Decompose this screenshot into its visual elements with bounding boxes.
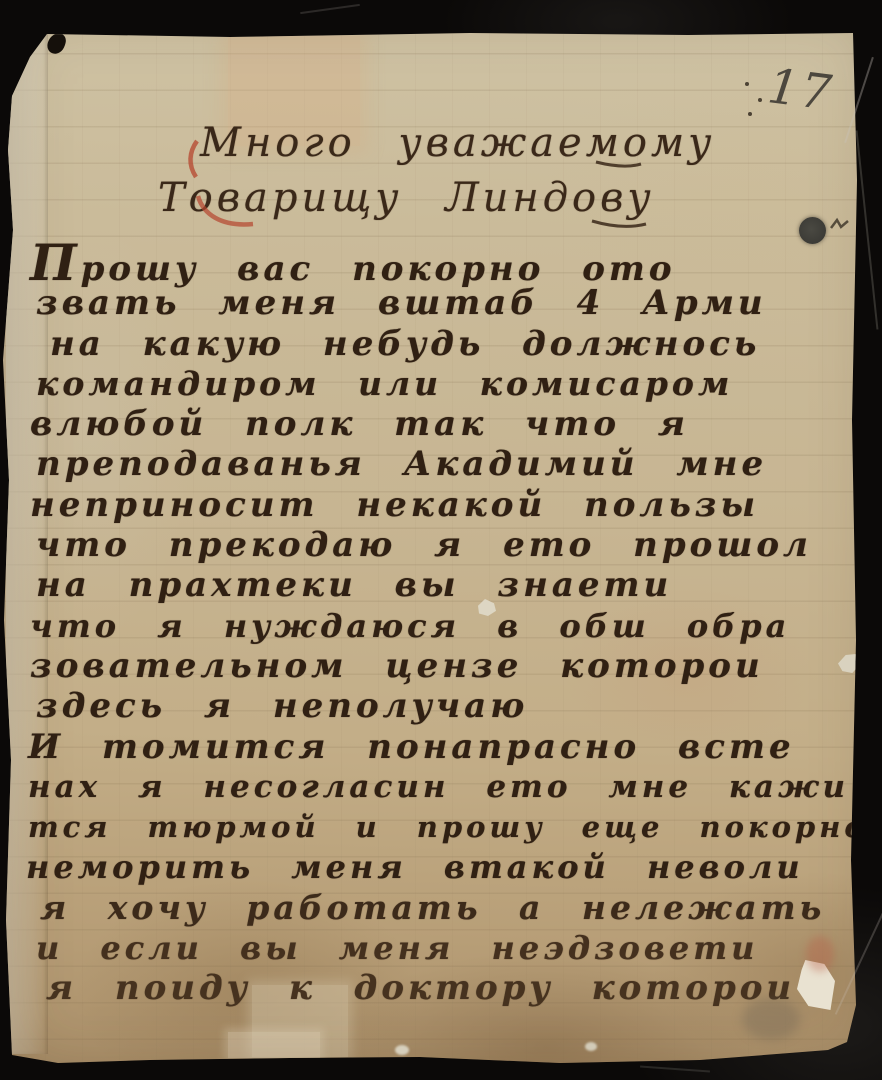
letter-line: зовательном цензе которои (26, 646, 850, 686)
letter-line: неприносит некакой пользы (26, 485, 850, 525)
letter-line: я поиду к доктору которои (26, 968, 850, 1008)
letter-line: нах я несогласин ето мне кажи (26, 767, 850, 807)
letter-body: Прошу вас покорно ото звать меня вштаб 4… (26, 243, 850, 1009)
gray-smudge (742, 998, 800, 1040)
letter-line: влюбой полк так что я (26, 404, 850, 444)
letter-line: на прахтеки вы знаети (26, 565, 850, 605)
backdrop-scratch (856, 130, 878, 329)
letter-line: что я нуждаюся в обш обра (26, 606, 850, 646)
punch-hole (799, 217, 826, 244)
photo-background: 17 Много уважаемому Товарищу Линдову Про… (0, 0, 882, 1080)
backdrop-scratch (640, 1066, 710, 1073)
salutation: Много уважаемому Товарищу Линдову (148, 116, 715, 226)
letter-line: звать меня вштаб 4 Арми (26, 283, 850, 323)
backdrop-scratch (300, 4, 360, 14)
red-smudge (806, 936, 834, 972)
salutation-line: Много уважаемому (148, 116, 715, 171)
paper-fleck (395, 1045, 409, 1055)
ink-dot (748, 112, 752, 116)
letter-line: командиром или комисаром (26, 364, 850, 404)
letter-line: Прошу вас покорно ото (26, 243, 850, 283)
letter-line: преподаванья Акадимий мне (26, 444, 850, 484)
letter-page: 17 Много уважаемому Товарищу Линдову Про… (0, 0, 882, 1080)
letter-line: неморить меня втакой неволи (26, 847, 850, 887)
ink-dot (745, 82, 749, 86)
letter-line: я хочу работать а нележать (26, 888, 850, 928)
salutation-line: Товарищу Линдову (148, 171, 715, 226)
letter-line: что прекодаю я ето прошол (26, 525, 850, 565)
letter-line: И томится понапрасно всте (26, 727, 850, 767)
ink-dot (758, 98, 762, 102)
letter-line: и если вы меня неэдзовети (26, 928, 850, 968)
paper-fleck (585, 1042, 597, 1051)
letter-line: на какую небудь должнось (26, 324, 850, 364)
letter-line: тся тюрмой и прошу еще покорно (26, 807, 850, 847)
page-number: 17 (765, 58, 836, 122)
letter-line: здесь я неполучаю (26, 686, 850, 726)
